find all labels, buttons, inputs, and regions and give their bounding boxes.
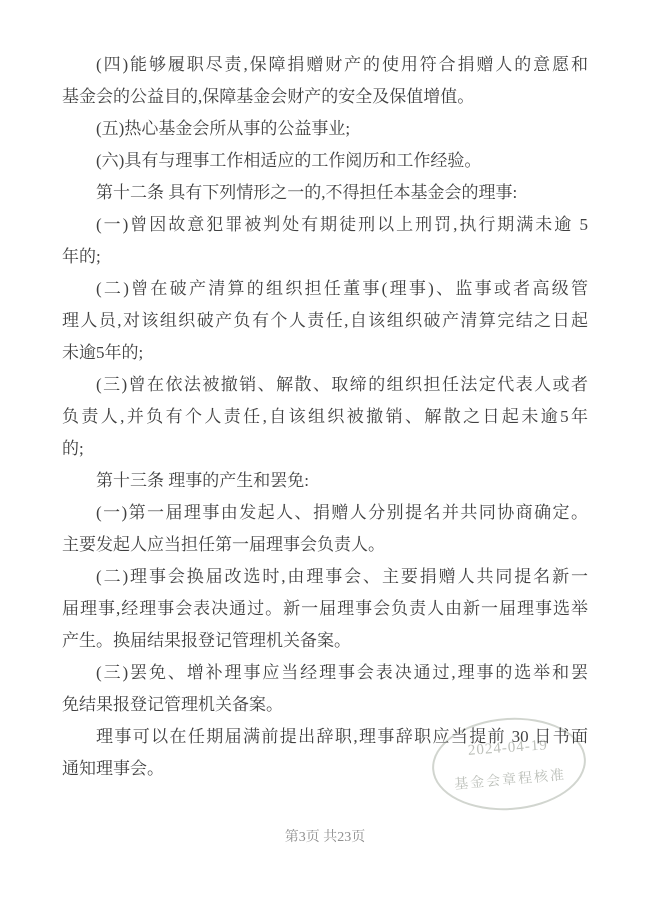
text-line: (一)第一届理事由发起人、捐赠人分别提名并共同协商确定。	[62, 497, 588, 529]
paragraph: (四)能够履职尽责,保障捐赠财产的使用符合捐赠人的意愿和基金会的公益目的,保障基…	[62, 49, 588, 113]
text-line: 理人员,对该组织破产负有个人责任,自该组织破产清算完结之日起	[62, 305, 588, 337]
text-line: 负责人,并负有个人责任,自该组织被撤销、解散之日起未逾5年	[62, 401, 588, 433]
text-line: 第十三条 理事的产生和罢免:	[62, 465, 588, 497]
paragraph: (六)具有与理事工作相适应的工作阅历和工作经验。	[62, 145, 588, 177]
page-number-indicator: 第3页 共23页	[0, 826, 650, 846]
text-line: 理事可以在任期届满前提出辞职,理事辞职应当提前 30 日书面	[62, 721, 588, 753]
document-page: (四)能够履职尽责,保障捐赠财产的使用符合捐赠人的意愿和基金会的公益目的,保障基…	[0, 0, 650, 920]
paragraph: (一)第一届理事由发起人、捐赠人分别提名并共同协商确定。主要发起人应当担任第一届…	[62, 497, 588, 561]
document-body: (四)能够履职尽责,保障捐赠财产的使用符合捐赠人的意愿和基金会的公益目的,保障基…	[62, 49, 588, 785]
text-line: (二)理事会换届改选时,由理事会、主要捐赠人共同提名新一	[62, 561, 588, 593]
paragraph: (五)热心基金会所从事的公益事业;	[62, 113, 588, 145]
text-line: (一)曾因故意犯罪被判处有期徒刑以上刑罚,执行期满未逾 5	[62, 209, 588, 241]
paragraph: (三)罢免、增补理事应当经理事会表决通过,理事的选举和罢免结果报登记管理机关备案…	[62, 657, 588, 721]
text-line: (二)曾在破产清算的组织担任董事(理事)、监事或者高级管	[62, 273, 588, 305]
text-line: 主要发起人应当担任第一届理事会负责人。	[62, 529, 588, 561]
paragraph: 第十二条 具有下列情形之一的,不得担任本基金会的理事:	[62, 177, 588, 209]
paragraph: (二)曾在破产清算的组织担任董事(理事)、监事或者高级管理人员,对该组织破产负有…	[62, 273, 588, 369]
text-line: (三)曾在依法被撤销、解散、取缔的组织担任法定代表人或者	[62, 369, 588, 401]
paragraph: 第十三条 理事的产生和罢免:	[62, 465, 588, 497]
paragraph: (一)曾因故意犯罪被判处有期徒刑以上刑罚,执行期满未逾 5年的;	[62, 209, 588, 273]
text-line: (四)能够履职尽责,保障捐赠财产的使用符合捐赠人的意愿和	[62, 49, 588, 81]
text-line: 未逾5年的;	[62, 337, 588, 369]
text-line: 的;	[62, 433, 588, 465]
text-line: 通知理事会。	[62, 753, 588, 785]
paragraph: (二)理事会换届改选时,由理事会、主要捐赠人共同提名新一届理事,经理事会表决通过…	[62, 561, 588, 657]
text-line: (六)具有与理事工作相适应的工作阅历和工作经验。	[62, 145, 588, 177]
text-line: (五)热心基金会所从事的公益事业;	[62, 113, 588, 145]
text-line: (三)罢免、增补理事应当经理事会表决通过,理事的选举和罢	[62, 657, 588, 689]
paragraph: (三)曾在依法被撤销、解散、取缔的组织担任法定代表人或者负责人,并负有个人责任,…	[62, 369, 588, 465]
text-line: 届理事,经理事会表决通过。新一届理事会负责人由新一届理事选举	[62, 593, 588, 625]
text-line: 基金会的公益目的,保障基金会财产的安全及保值增值。	[62, 81, 588, 113]
text-line: 年的;	[62, 241, 588, 273]
text-line: 免结果报登记管理机关备案。	[62, 689, 588, 721]
text-line: 产生。换届结果报登记管理机关备案。	[62, 625, 588, 657]
text-line: 第十二条 具有下列情形之一的,不得担任本基金会的理事:	[62, 177, 588, 209]
paragraph: 理事可以在任期届满前提出辞职,理事辞职应当提前 30 日书面通知理事会。	[62, 721, 588, 785]
